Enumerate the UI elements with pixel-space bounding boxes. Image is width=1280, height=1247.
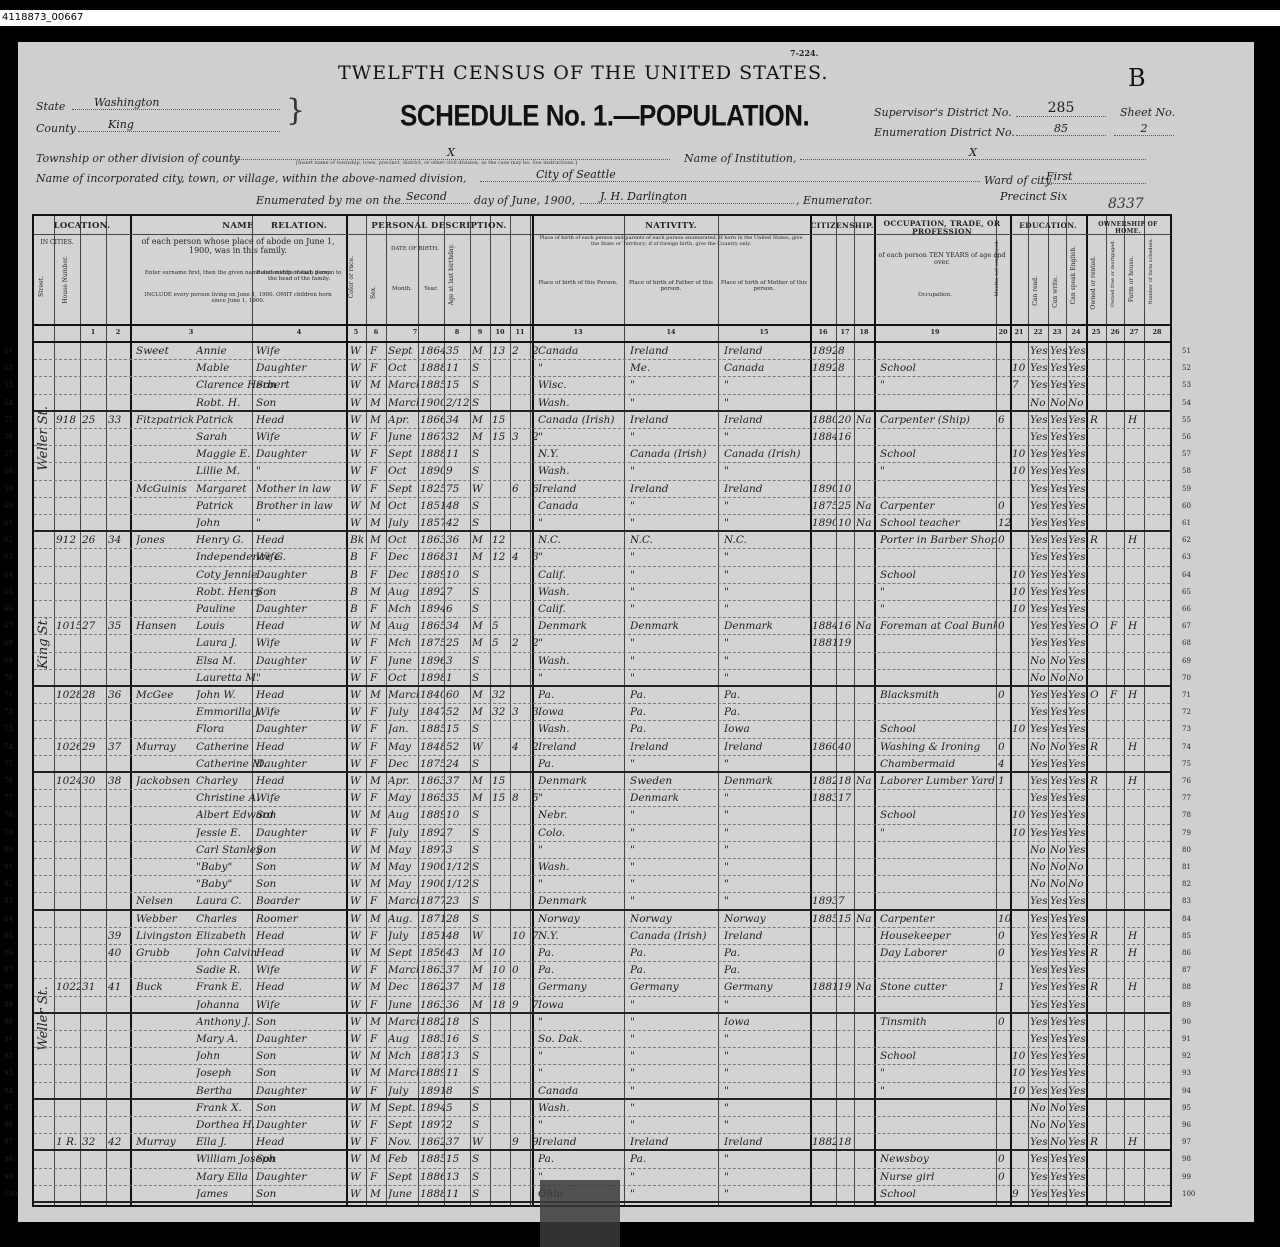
cell-immigration-year — [812, 997, 836, 1014]
cell-free-mortgaged — [1110, 842, 1124, 859]
cell-immigration-year: 1860 — [812, 739, 836, 756]
line-number-right: 81 — [1182, 863, 1191, 871]
cell-dwelling-number — [82, 670, 104, 687]
cell-birth-year: 1863 — [420, 773, 444, 790]
cell-relation: Head — [256, 773, 344, 790]
cell-naturalization — [856, 1186, 874, 1203]
cell-occupation: " — [880, 601, 996, 618]
cell-color: W — [350, 807, 366, 824]
cell-birth-month: May — [388, 739, 418, 756]
cell-sex: F — [370, 463, 386, 480]
line-number-left: 96 — [4, 1121, 13, 1129]
cell-years-in-us — [838, 876, 854, 893]
cell-naturalization — [856, 481, 874, 498]
cell-age: 75 — [446, 481, 470, 498]
cell-months-unemployed: 0 — [998, 1151, 1010, 1168]
cell-marital-status: M — [472, 532, 490, 549]
cell-occupation — [880, 859, 996, 876]
cell-naturalization — [856, 876, 874, 893]
cell-birth-year: 1892 — [420, 825, 444, 842]
cell-birth-month: March — [388, 1014, 418, 1031]
cell-family-number — [108, 1169, 130, 1186]
cell-marital-status: M — [472, 790, 490, 807]
cell-school-months — [1012, 945, 1028, 962]
cell-color: W — [350, 928, 366, 945]
cell-color: B — [350, 584, 366, 601]
cell-relation: Daughter — [256, 446, 344, 463]
cell-months-unemployed: 1 — [998, 773, 1010, 790]
cell-farm-house — [1128, 859, 1144, 876]
line-number-left: 51 — [4, 347, 13, 355]
cell-age: 34 — [446, 412, 470, 429]
cell-school-months — [1012, 790, 1028, 807]
cell-mother-of — [512, 515, 530, 532]
cell-birthplace: N.Y. — [538, 928, 624, 945]
cell-birthplace: Canada — [538, 1083, 624, 1100]
cell-farm-house: H — [1128, 412, 1144, 429]
cell-sex: M — [370, 584, 386, 601]
cell-relation: Daughter — [256, 601, 344, 618]
cell-speaks-english: Yes — [1068, 549, 1086, 566]
cell-can-read: Yes — [1030, 412, 1048, 429]
cell-months-unemployed — [998, 1065, 1010, 1082]
cell-farm-house — [1128, 395, 1144, 412]
cell-free-mortgaged — [1110, 911, 1124, 928]
cell-farm-house — [1128, 721, 1144, 738]
cell-sex: F — [370, 704, 386, 721]
col-number: 2 — [106, 328, 130, 336]
cell-birthplace: " — [538, 876, 624, 893]
cell-color: W — [350, 997, 366, 1014]
cell-occupation: Newsboy — [880, 1151, 996, 1168]
supervisor-label: Supervisor's District No. — [874, 106, 1012, 119]
cell-farm-house: H — [1128, 532, 1144, 549]
cell-occupation — [880, 893, 996, 910]
cell-father-birthplace: " — [630, 1186, 716, 1203]
line-number-left: 88 — [4, 983, 13, 991]
cell-speaks-english: Yes — [1068, 1151, 1086, 1168]
cell-sex: M — [370, 395, 386, 412]
cell-mother-birthplace: Norway — [724, 911, 808, 928]
cell-farm-house — [1128, 756, 1144, 773]
cell-speaks-english: Yes — [1068, 1014, 1086, 1031]
cell-can-write: Yes — [1050, 567, 1068, 584]
line-number-left: 84 — [4, 915, 13, 923]
header-age: Age at last birthday. — [448, 244, 455, 305]
cell-dwelling-number — [82, 584, 104, 601]
cell-can-read: Yes — [1030, 515, 1048, 532]
cell-age: 18 — [446, 1014, 470, 1031]
line-number-left: 99 — [4, 1173, 13, 1181]
cell-birth-year: 1885 — [420, 1151, 444, 1168]
cell-speaks-english: Yes — [1068, 1100, 1086, 1117]
cell-birth-month: Apr. — [388, 412, 418, 429]
cell-immigration-year — [812, 928, 836, 945]
cell-years-in-us — [838, 1031, 854, 1048]
cell-can-read: Yes — [1030, 446, 1048, 463]
cell-naturalization: Na — [856, 618, 874, 635]
cell-can-write: Yes — [1050, 1014, 1068, 1031]
cell-immigration-year — [812, 1014, 836, 1031]
cell-age: 13 — [446, 1048, 470, 1065]
cell-birth-month: Aug — [388, 807, 418, 824]
cell-immigration-year — [812, 532, 836, 549]
cell-months-unemployed — [998, 463, 1010, 480]
cell-dwelling-number — [82, 395, 104, 412]
cell-mother-birthplace: " — [724, 1169, 808, 1186]
cell-occupation: " — [880, 1065, 996, 1082]
cell-mother-birthplace: " — [724, 859, 808, 876]
table-row: JosephSonWMMarch188911S""""10YesYesYes93… — [34, 1065, 1170, 1082]
cell-years-in-us — [838, 1083, 854, 1100]
col-number: 19 — [874, 328, 996, 336]
table-row: Lauretta M."WFOct18981S"""NoNoNo7070 — [34, 670, 1170, 687]
cell-age: 60 — [446, 687, 470, 704]
cell-can-read: Yes — [1030, 481, 1048, 498]
cell-free-mortgaged — [1110, 601, 1124, 618]
cell-years-married — [492, 1031, 510, 1048]
cell-farm-house: H — [1128, 928, 1144, 945]
cell-family-number: 39 — [108, 928, 130, 945]
cell-mother-birthplace: Ireland — [724, 739, 808, 756]
cell-owned-rented — [1090, 807, 1106, 824]
cell-naturalization — [856, 1065, 874, 1082]
cell-school-months: 10 — [1012, 601, 1028, 618]
line-number-right: 64 — [1182, 571, 1191, 579]
cell-years-married — [492, 893, 510, 910]
cell-free-mortgaged — [1110, 1014, 1124, 1031]
cell-immigration-year: 1881 — [812, 979, 836, 996]
cell-marital-status: M — [472, 704, 490, 721]
cell-father-birthplace: " — [630, 807, 716, 824]
cell-occupation — [880, 670, 996, 687]
cell-dwelling-number — [82, 1151, 104, 1168]
cell-occupation: Washing & Ironing — [880, 739, 996, 756]
cell-mother-birthplace: " — [724, 1048, 808, 1065]
cell-birth-month: June — [388, 997, 418, 1014]
cell-color: W — [350, 412, 366, 429]
cell-speaks-english: Yes — [1068, 1065, 1086, 1082]
cell-mother-of — [512, 498, 530, 515]
cell-marital-status: W — [472, 739, 490, 756]
cell-months-unemployed: 10 — [998, 911, 1010, 928]
cell-marital-status: M — [472, 549, 490, 566]
cell-color: W — [350, 825, 366, 842]
cell-immigration-year — [812, 756, 836, 773]
cell-school-months — [1012, 1117, 1028, 1134]
cell-years-married: 10 — [492, 945, 510, 962]
cell-age: 43 — [446, 945, 470, 962]
cell-farm-house — [1128, 446, 1144, 463]
cell-marital-status: S — [472, 395, 490, 412]
cell-farm-house: H — [1128, 739, 1144, 756]
cell-immigration-year — [812, 1186, 836, 1203]
cell-family-number — [108, 911, 130, 928]
cell-birthplace: " — [538, 790, 624, 807]
cell-can-read: Yes — [1030, 360, 1048, 377]
table-row: JohannaWifeWFJune186336M1897Iowa""YesYes… — [34, 997, 1170, 1014]
cell-mother-birthplace: Canada — [724, 360, 808, 377]
cell-birth-month: Dec — [388, 549, 418, 566]
table-row: SweetAnnieWifeWFSept186435M1322CanadaIre… — [34, 343, 1170, 360]
cell-owned-rented — [1090, 343, 1106, 360]
cell-farm-house — [1128, 1169, 1144, 1186]
cell-naturalization — [856, 1100, 874, 1117]
line-number-right: 78 — [1182, 811, 1191, 819]
cell-years-in-us — [838, 463, 854, 480]
cell-mother-birthplace: " — [724, 395, 808, 412]
cell-months-unemployed — [998, 1083, 1010, 1100]
cell-house-number — [56, 343, 80, 360]
cell-free-mortgaged — [1110, 515, 1124, 532]
cell-months-unemployed: 0 — [998, 928, 1010, 945]
cell-birthplace: " — [538, 549, 624, 566]
cell-school-months — [1012, 515, 1028, 532]
cell-birth-year: 1898 — [420, 670, 444, 687]
cell-dwelling-number: 29 — [82, 739, 104, 756]
cell-months-unemployed: 0 — [998, 618, 1010, 635]
township-field: X — [232, 146, 670, 160]
cell-birthplace: " — [538, 360, 624, 377]
cell-years-married: 18 — [492, 997, 510, 1014]
cell-age: 10 — [446, 807, 470, 824]
cell-farm-house: H — [1128, 687, 1144, 704]
cell-dwelling-number — [82, 911, 104, 928]
cell-free-mortgaged — [1110, 377, 1124, 394]
cell-age: 15 — [446, 721, 470, 738]
cell-family-number — [108, 1186, 130, 1203]
cell-family-number — [108, 601, 130, 618]
cell-dwelling-number — [82, 721, 104, 738]
header-occupation: OCCUPATION, TRADE, OR PROFESSION — [874, 220, 1010, 237]
cell-family-number: 35 — [108, 618, 130, 635]
table-row: PatrickBrother in lawWMOct185148SCanada"… — [34, 498, 1170, 515]
cell-relation: Roomer — [256, 911, 344, 928]
cell-father-birthplace: " — [630, 463, 716, 480]
township-note: [Insert name of township, town, precinct… — [296, 160, 577, 166]
cell-months-unemployed — [998, 549, 1010, 566]
cell-owned-rented — [1090, 653, 1106, 670]
cell-free-mortgaged — [1110, 1031, 1124, 1048]
cell-age: 2/12 — [446, 395, 470, 412]
cell-father-birthplace: " — [630, 825, 716, 842]
cell-years-in-us — [838, 532, 854, 549]
cell-dwelling-number: 30 — [82, 773, 104, 790]
cell-house-number — [56, 825, 80, 842]
cell-dwelling-number — [82, 1100, 104, 1117]
cell-mother-birthplace: " — [724, 1100, 808, 1117]
cell-months-unemployed — [998, 1134, 1010, 1151]
cell-farm-house — [1128, 635, 1144, 652]
cell-mother-birthplace: Ireland — [724, 928, 808, 945]
township-label: Township or other division of county — [36, 152, 240, 165]
cell-free-mortgaged — [1110, 1117, 1124, 1134]
cell-father-birthplace: " — [630, 1014, 716, 1031]
cell-birth-year: 1847 — [420, 704, 444, 721]
cell-naturalization — [856, 1169, 874, 1186]
line-number-right: 93 — [1182, 1069, 1191, 1077]
cell-years-married — [492, 498, 510, 515]
cell-immigration-year — [812, 653, 836, 670]
cell-years-married: 10 — [492, 962, 510, 979]
cell-mother-birthplace: " — [724, 463, 808, 480]
cell-father-birthplace: " — [630, 601, 716, 618]
cell-can-read: Yes — [1030, 825, 1048, 842]
cell-birth-month: Sept — [388, 446, 418, 463]
cell-school-months: 10 — [1012, 1065, 1028, 1082]
cell-immigration-year — [812, 859, 836, 876]
cell-color: W — [350, 911, 366, 928]
header-nativity-sub: Place of birth of each person and parent… — [536, 236, 806, 247]
cell-dwelling-number — [82, 1065, 104, 1082]
cell-can-read: Yes — [1030, 343, 1048, 360]
cell-mother-of — [512, 446, 530, 463]
cell-months-unemployed: 4 — [998, 756, 1010, 773]
cell-birthplace: Iowa — [538, 997, 624, 1014]
cell-house-number — [56, 446, 80, 463]
cell-immigration-year — [812, 601, 836, 618]
county-label: County — [36, 122, 76, 135]
cell-sex: F — [370, 756, 386, 773]
cell-can-read: Yes — [1030, 1151, 1048, 1168]
cell-school-months — [1012, 343, 1028, 360]
cell-family-number — [108, 1014, 130, 1031]
cell-years-in-us — [838, 1117, 854, 1134]
cell-birth-year: 1889 — [420, 567, 444, 584]
cell-dwelling-number: 27 — [82, 618, 104, 635]
table-row: Maggie E.DaughterWFSept188811SN.Y.Canada… — [34, 446, 1170, 463]
cell-school-months: 10 — [1012, 807, 1028, 824]
cell-immigration-year — [812, 704, 836, 721]
cell-can-write: No — [1050, 859, 1068, 876]
cell-can-write: Yes — [1050, 481, 1068, 498]
cell-farm-house — [1128, 876, 1144, 893]
cell-free-mortgaged — [1110, 859, 1124, 876]
cell-farm-house — [1128, 1065, 1144, 1082]
line-number-right: 68 — [1182, 639, 1191, 647]
cell-marital-status: S — [472, 1100, 490, 1117]
cell-mother-of — [512, 721, 530, 738]
cell-school-months — [1012, 429, 1028, 446]
cell-house-number — [56, 945, 80, 962]
cell-sex: F — [370, 790, 386, 807]
cell-color: W — [350, 498, 366, 515]
cell-naturalization — [856, 1014, 874, 1031]
cell-color: W — [350, 1134, 366, 1151]
cell-house-number — [56, 635, 80, 652]
cell-birth-year: 1848 — [420, 739, 444, 756]
cell-can-write: Yes — [1050, 343, 1068, 360]
cell-owned-rented — [1090, 463, 1106, 480]
cell-can-read: No — [1030, 395, 1048, 412]
cell-occupation — [880, 997, 996, 1014]
cell-family-number — [108, 343, 130, 360]
cell-birth-month: Mch — [388, 635, 418, 652]
cell-house-number — [56, 481, 80, 498]
cell-father-birthplace: " — [630, 567, 716, 584]
cell-owned-rented — [1090, 549, 1106, 566]
line-number-left: 69 — [4, 657, 13, 665]
line-number-left: 100 — [4, 1190, 17, 1198]
cell-school-months — [1012, 653, 1028, 670]
cell-years-in-us: 17 — [838, 790, 854, 807]
cell-owned-rented — [1090, 498, 1106, 515]
cell-mother-of: 4 — [512, 549, 530, 566]
line-number-left: 86 — [4, 949, 13, 957]
cell-farm-house — [1128, 790, 1144, 807]
cell-sex: M — [370, 876, 386, 893]
cell-marital-status: S — [472, 876, 490, 893]
cell-birth-year: 1900 — [420, 876, 444, 893]
cell-birth-month: March — [388, 395, 418, 412]
cell-birth-month: Oct — [388, 670, 418, 687]
cell-marital-status: M — [472, 945, 490, 962]
cell-free-mortgaged — [1110, 1100, 1124, 1117]
cell-owned-rented — [1090, 515, 1106, 532]
cell-birthplace: " — [538, 1048, 624, 1065]
cell-years-in-us — [838, 567, 854, 584]
cell-sex: M — [370, 618, 386, 635]
col-number: 15 — [718, 328, 810, 336]
line-number-left: 98 — [4, 1155, 13, 1163]
cell-school-months — [1012, 756, 1028, 773]
cell-birth-month: July — [388, 515, 418, 532]
cell-immigration-year — [812, 842, 836, 859]
table-row: Independence G.WifeBFDec186831M1243"""Ye… — [34, 549, 1170, 566]
table-row: 10152735HansenLouisHeadWMAug186534M5Denm… — [34, 618, 1170, 635]
enumerated-suffix: day of June, 1900, — [474, 194, 575, 207]
cell-color: W — [350, 859, 366, 876]
line-number-right: 53 — [1182, 381, 1191, 389]
cell-free-mortgaged — [1110, 635, 1124, 652]
enumerator-field: J. H. Darlington — [580, 190, 794, 204]
line-number-left: 52 — [4, 364, 13, 372]
cell-can-write: Yes — [1050, 928, 1068, 945]
cell-months-unemployed: 0 — [998, 532, 1010, 549]
cell-immigration-year: 1890 — [812, 515, 836, 532]
cell-months-unemployed — [998, 343, 1010, 360]
cell-dwelling-number: 32 — [82, 1134, 104, 1151]
cell-can-write: No — [1050, 670, 1068, 687]
cell-mother-of: 8 — [512, 790, 530, 807]
cell-birth-year: 1894 — [420, 1100, 444, 1117]
cell-farm-house — [1128, 1186, 1144, 1203]
cell-can-read: No — [1030, 739, 1048, 756]
cell-family-number — [108, 876, 130, 893]
cell-color: W — [350, 446, 366, 463]
col-number: 7 — [386, 328, 444, 336]
cell-age: 9 — [446, 463, 470, 480]
cell-years-married — [492, 1117, 510, 1134]
cell-dwelling-number — [82, 463, 104, 480]
cell-years-married — [492, 395, 510, 412]
cell-house-number: 1026 — [56, 739, 80, 756]
cell-school-months — [1012, 893, 1028, 910]
cell-immigration-year — [812, 807, 836, 824]
cell-free-mortgaged — [1110, 446, 1124, 463]
cell-age: 3 — [446, 653, 470, 670]
cell-years-in-us: 8 — [838, 360, 854, 377]
cell-years-married — [492, 1169, 510, 1186]
cell-marital-status: W — [472, 1134, 490, 1151]
cell-immigration-year: 1882 — [812, 1134, 836, 1151]
cell-birth-year: 1865 — [420, 618, 444, 635]
cell-owned-rented — [1090, 1169, 1106, 1186]
cell-sex: M — [370, 377, 386, 394]
cell-color: W — [350, 979, 366, 996]
cell-farm-house: H — [1128, 945, 1144, 962]
cell-family-number — [108, 704, 130, 721]
